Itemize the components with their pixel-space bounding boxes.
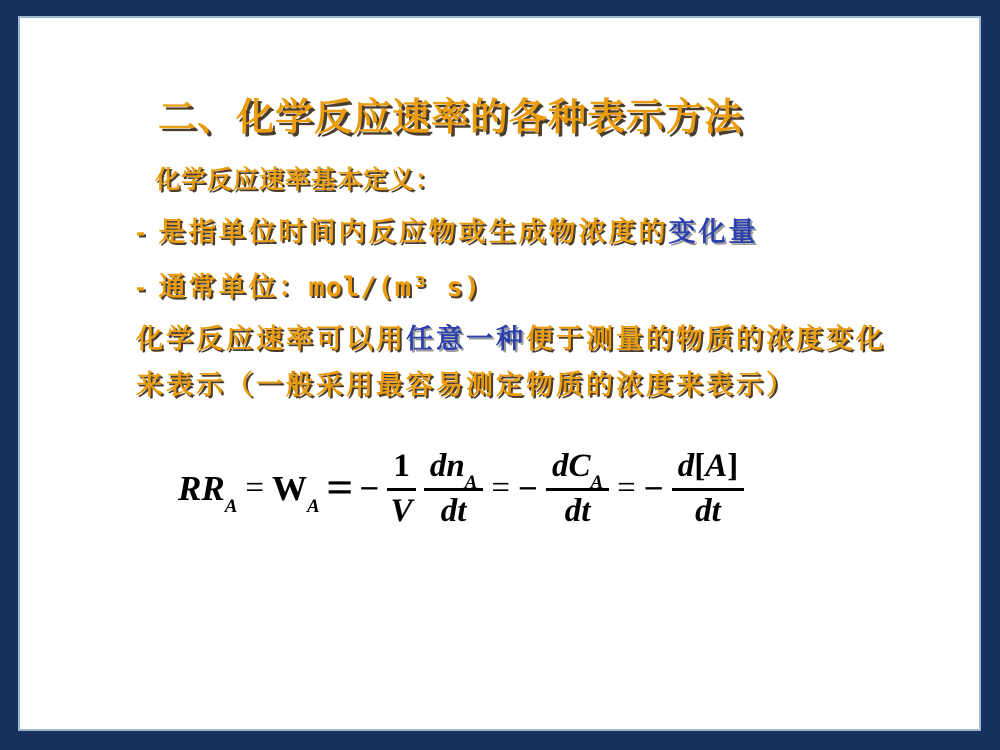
formula-W-subscript: A (307, 496, 320, 517)
fraction4-A: A (705, 448, 727, 484)
equals-sign-2: = (491, 472, 510, 505)
para1-highlight: 任意一种 (406, 324, 526, 354)
bullet2-dash: - (136, 272, 159, 302)
bullet-line-1: - 是指单位时间内反应物或生成物浓度的变化量 (136, 216, 759, 248)
fraction2-dn: dn (430, 448, 465, 484)
minus-sign-3: − (644, 471, 664, 506)
bullet2-unit: mol/(m³ s) (309, 272, 482, 303)
paragraph-line-2: 来表示（一般采用最容易测定物质的浓度来表示） (136, 369, 796, 401)
fraction-dnA-over-dt: dnA dt (424, 448, 484, 528)
rate-formula: RRA = WA = − 1 V dnA dt = − dCA dt = − d… (178, 448, 744, 528)
para1-text2: 便于测量的物质的浓度变化 (526, 324, 886, 354)
para1-text1: 化学反应速率可以用 (136, 324, 406, 354)
subtitle-definition: 化学反应速率基本定义： (155, 165, 441, 195)
equals-sign-1: = (245, 472, 264, 505)
fraction2-denominator: dt (441, 491, 467, 528)
fraction4-denominator: dt (695, 491, 721, 528)
formula-RR-term: RRA (178, 471, 237, 506)
bullet-line-2: - 通常单位：mol/(m³ s) (136, 271, 481, 304)
fraction1-numerator: 1 (387, 448, 416, 491)
fraction1-denominator: V (391, 491, 413, 528)
formula-W-term: WA (272, 471, 320, 506)
formula-RR: RR (178, 469, 225, 508)
slide: 二、化学反应速率的各种表示方法 化学反应速率基本定义： - 是指单位时间内反应物… (0, 0, 1000, 750)
fraction2-numerator: dnA (424, 448, 484, 491)
fraction-dA-over-dt: d[A] dt (672, 448, 745, 528)
heavy-equals-sign: = (326, 465, 353, 511)
fraction3-denominator: dt (565, 491, 591, 528)
fraction4-numerator: d[A] (672, 448, 745, 491)
bullet1-highlight: 变化量 (669, 217, 759, 247)
fraction3-dC: dC (552, 448, 591, 484)
fraction3-subscript: A (590, 472, 603, 493)
formula-W: W (272, 469, 307, 508)
slide-title: 二、化学反应速率的各种表示方法 (158, 96, 743, 142)
bullet1-dash: - (136, 217, 159, 247)
bullet2-text: 通常单位： (159, 272, 309, 302)
minus-sign-2: − (518, 471, 538, 506)
right-bracket: ] (727, 448, 738, 484)
fraction-dCA-over-dt: dCA dt (546, 448, 609, 528)
fraction4-d: d (678, 448, 695, 484)
bullet1-text: 是指单位时间内反应物或生成物浓度的 (159, 217, 669, 247)
minus-sign-1: − (359, 471, 379, 506)
fraction3-numerator: dCA (546, 448, 609, 491)
equals-sign-3: = (617, 472, 636, 505)
paragraph-line-1: 化学反应速率可以用任意一种便于测量的物质的浓度变化 (136, 323, 886, 355)
fraction-1-over-V: 1 V (387, 448, 416, 528)
fraction2-subscript: A (465, 472, 478, 493)
formula-RR-subscript: A (225, 496, 238, 517)
left-bracket: [ (694, 448, 705, 484)
